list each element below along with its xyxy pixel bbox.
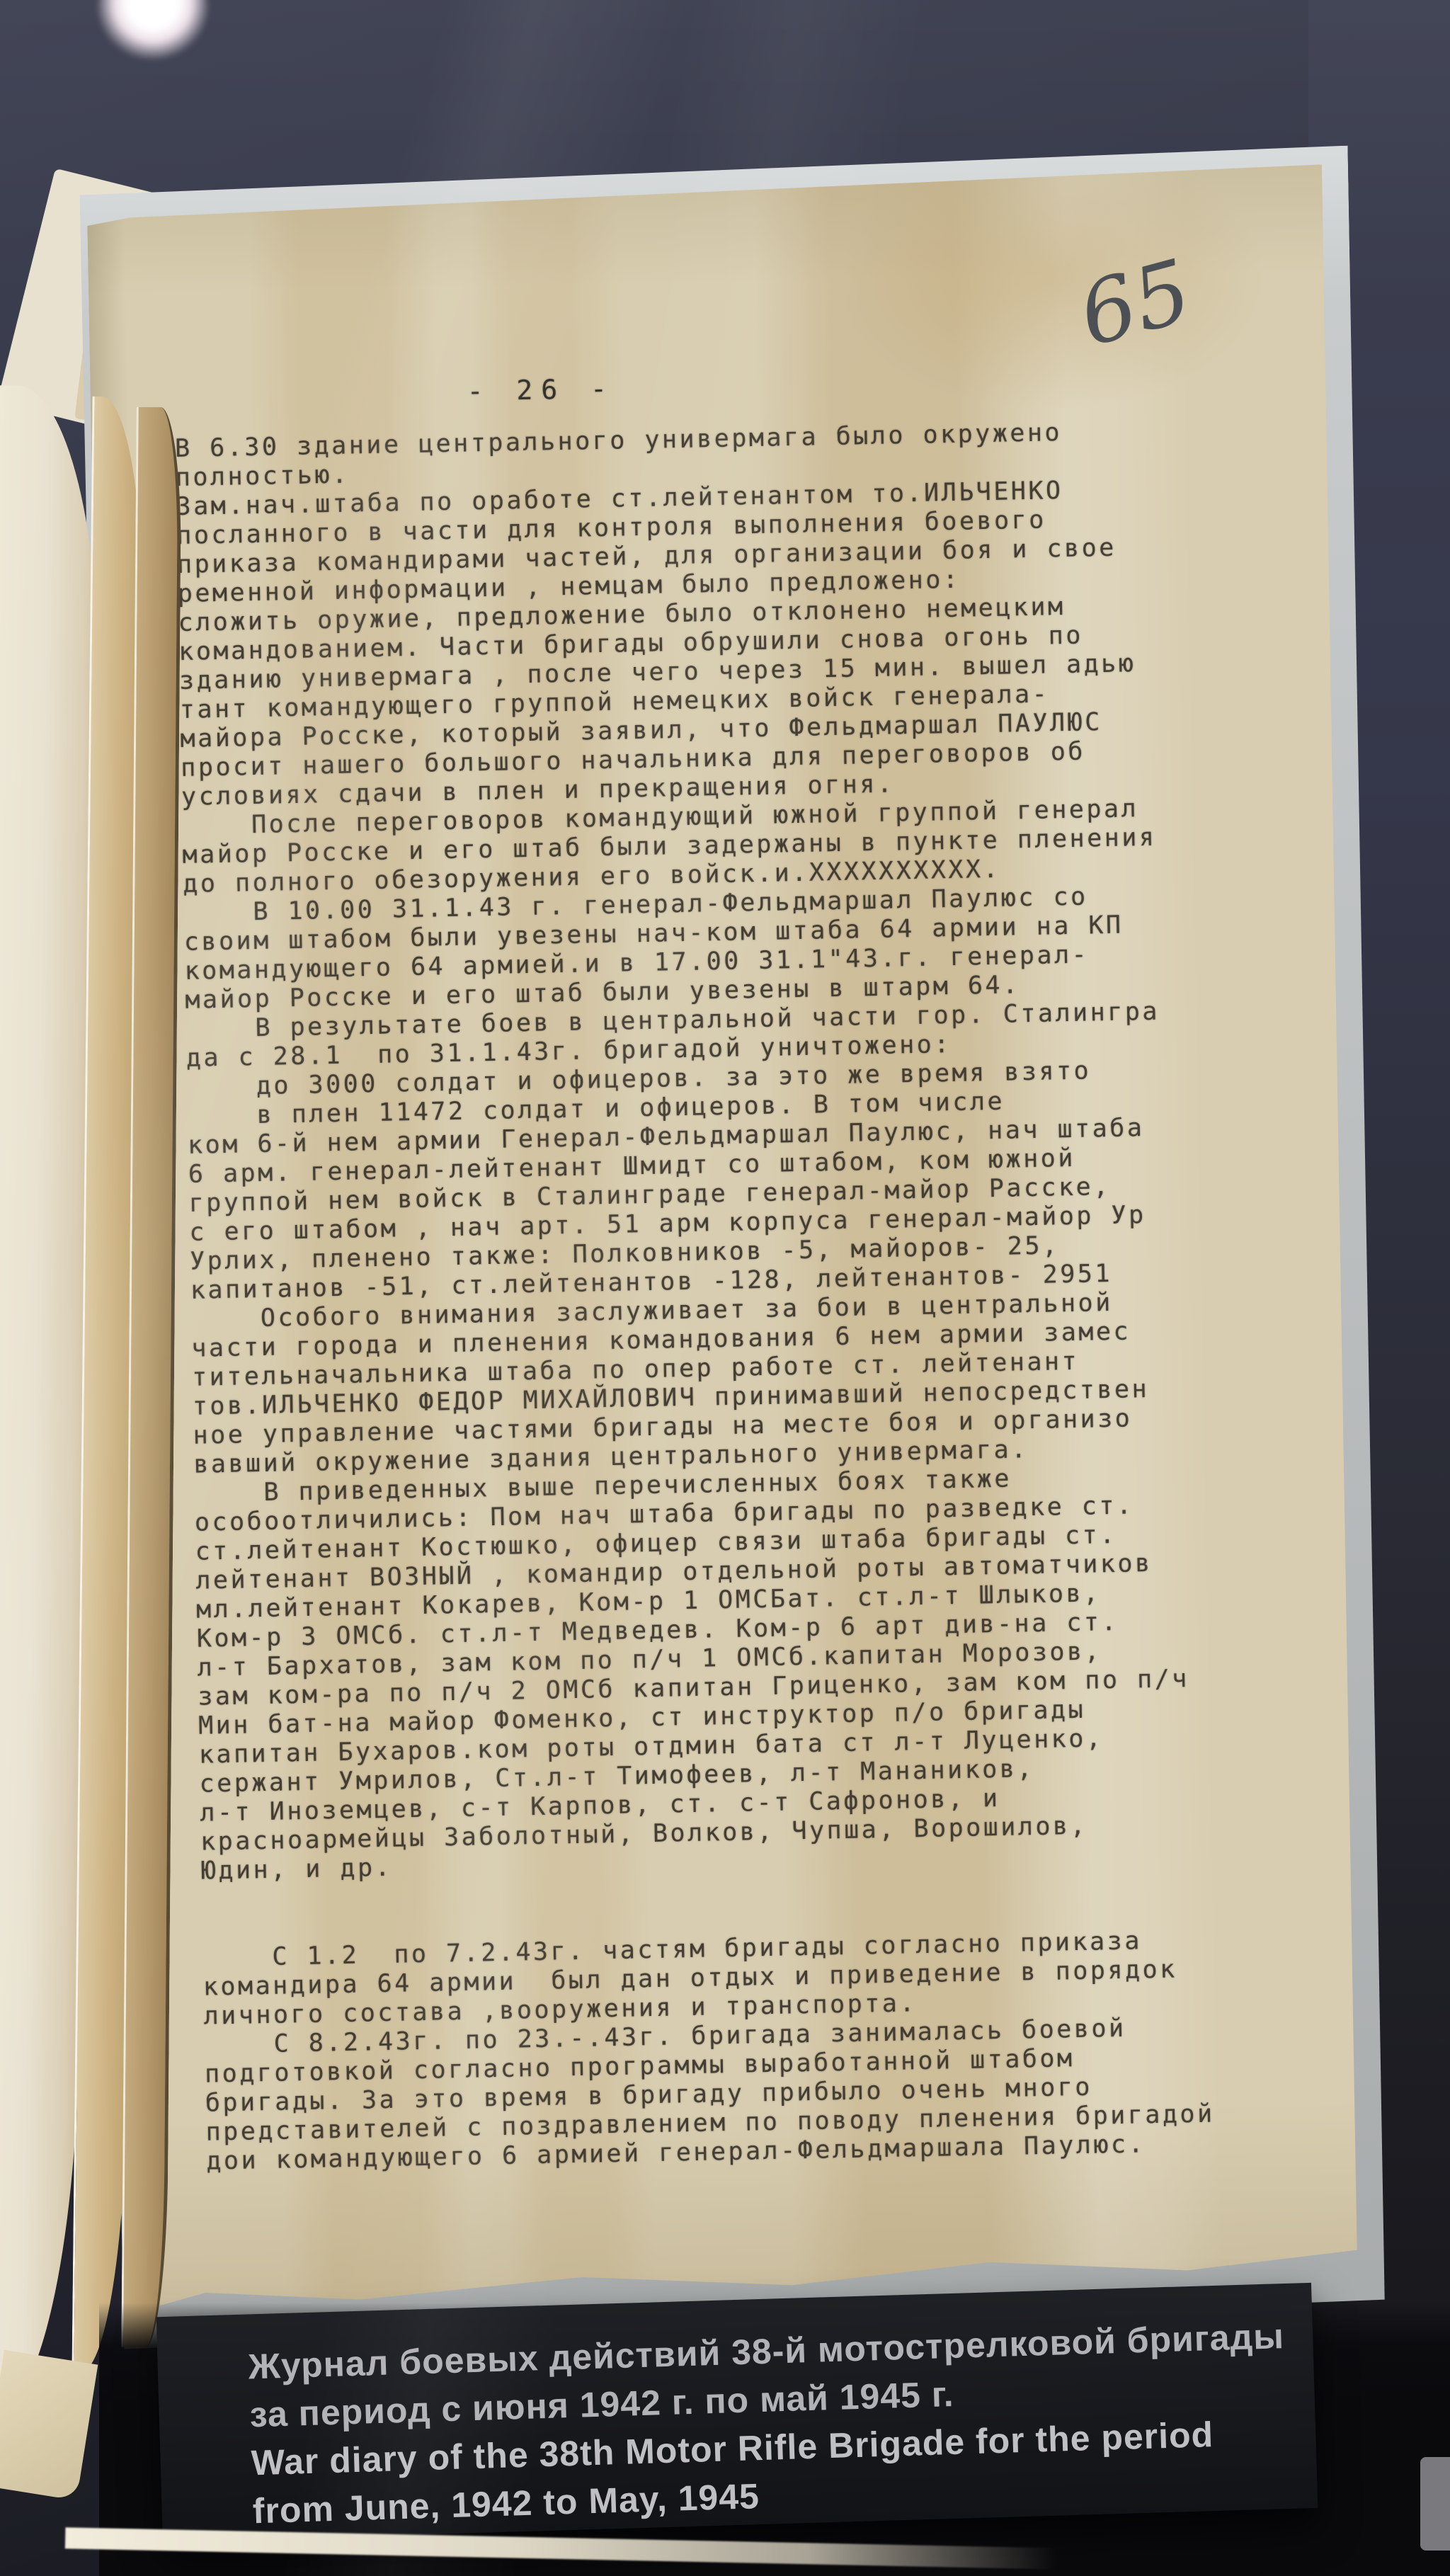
light-glare-spot	[98, 0, 208, 61]
case-corner-label	[1420, 2457, 1450, 2551]
document-page: - 26 - 65 В 6.30 здание центрального уни…	[86, 164, 1361, 2339]
handwritten-page-number: 65	[1069, 240, 1201, 365]
page-header-number: - 26 -	[467, 373, 615, 407]
document-page-group: - 26 - 65 В 6.30 здание центрального уни…	[86, 164, 1361, 2339]
caption-text: Журнал боевых действий 38-й мотострелков…	[248, 2312, 1289, 2535]
typed-text-block: В 6.30 здание центрального универмага бы…	[175, 414, 1340, 2177]
caption-plaque: Журнал боевых действий 38-й мотострелков…	[156, 2283, 1318, 2542]
museum-display-photo: - 26 - 65 В 6.30 здание центрального уни…	[0, 0, 1450, 2576]
